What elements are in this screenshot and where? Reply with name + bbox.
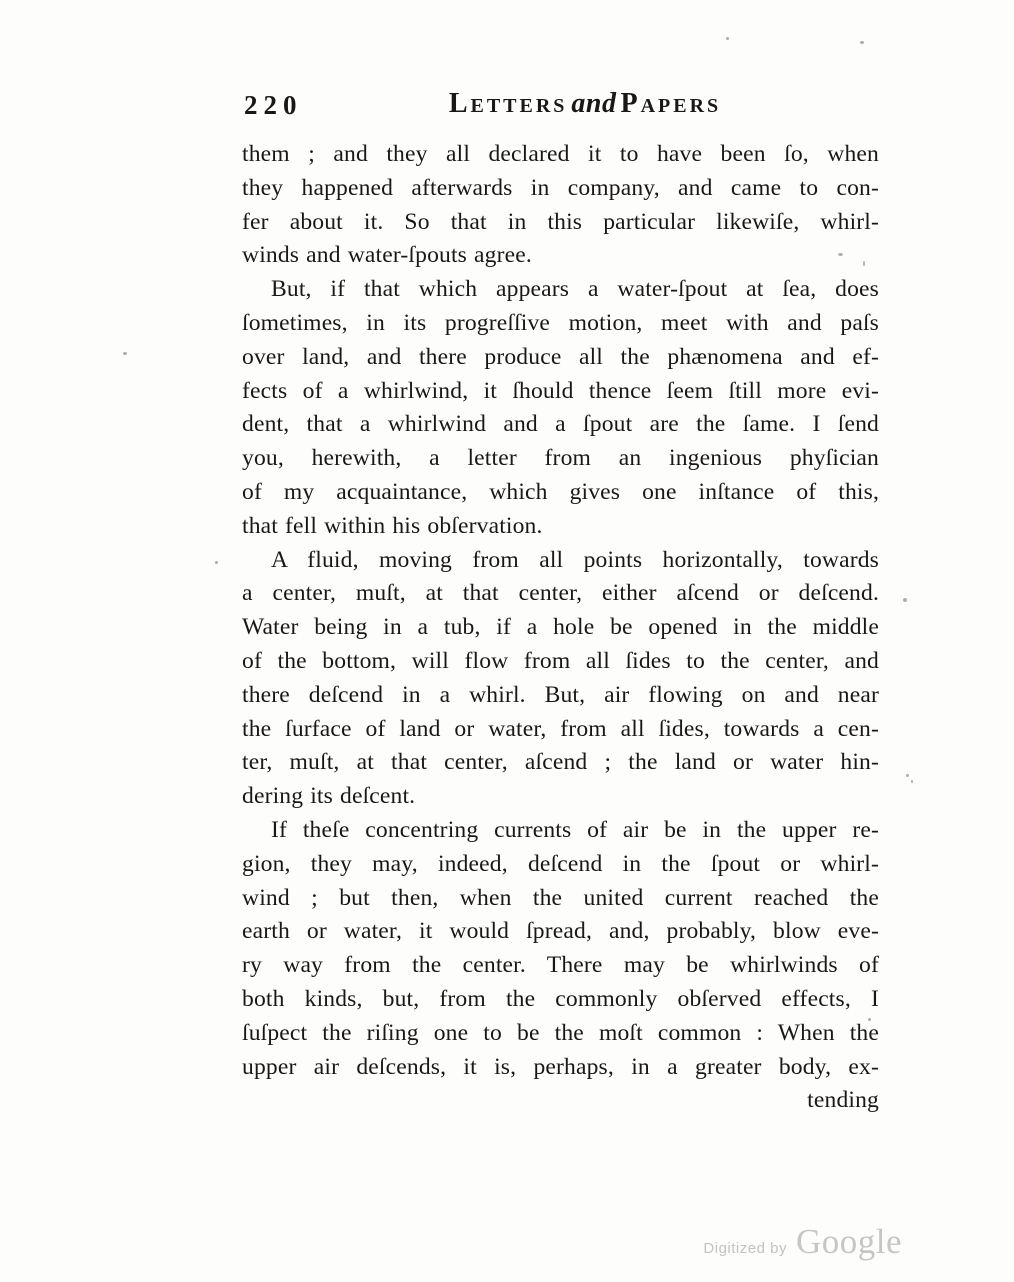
text-line: fer about it. So that in this particular…	[242, 206, 879, 240]
text-line: the ſurface of land or water, from all ſ…	[242, 713, 879, 747]
running-head-word-papers: Papers	[621, 88, 722, 119]
text-line: A fluid, moving from all points horizont…	[242, 544, 879, 578]
text-line: winds and water-ſpouts agree.	[242, 239, 879, 273]
text-line: over land, and there produce all the phæ…	[242, 341, 879, 375]
scan-speck	[903, 598, 907, 602]
text-line: fects of a whirlwind, it ſhould thence ſ…	[242, 375, 879, 409]
scan-speck	[911, 780, 913, 783]
scan-speck	[726, 37, 729, 40]
running-head: LettersandPapers	[435, 88, 735, 120]
text-line: gion, they may, indeed, deſcend in the ſ…	[242, 848, 879, 882]
scan-speck	[860, 41, 864, 44]
catchword: tending	[242, 1084, 879, 1118]
digitized-by-label: Digitized by	[703, 1240, 787, 1257]
text-line: wind ; but then, when the united current…	[242, 882, 879, 916]
google-logo: Google	[796, 1222, 902, 1262]
page-number: 220	[244, 90, 303, 121]
running-head-word-letters: Letters	[449, 88, 568, 119]
text-line: there deſcend in a whirl. But, air flowi…	[242, 679, 879, 713]
scan-speck	[123, 352, 127, 355]
text-line: dering its deſcent.	[242, 780, 879, 814]
scan-speck	[863, 261, 865, 266]
scan-speck	[215, 561, 218, 564]
body-text: them ; and they all declared it to have …	[242, 138, 879, 1118]
text-line: a center, muſt, at that center, either a…	[242, 577, 879, 611]
text-line: both kinds, but, from the commonly obſer…	[242, 983, 879, 1017]
scan-speck	[906, 774, 909, 777]
text-line: they happened afterwards in company, and…	[242, 172, 879, 206]
text-line: of my acquaintance, which gives one inſt…	[242, 476, 879, 510]
text-line: ter, muſt, at that center, aſcend ; the …	[242, 746, 879, 780]
text-line: dent, that a whirlwind and a ſpout are t…	[242, 408, 879, 442]
text-line: earth or water, it would ſpread, and, pr…	[242, 915, 879, 949]
text-line: But, if that which appears a water-ſpout…	[242, 273, 879, 307]
text-line: Water being in a tub, if a hole be opene…	[242, 611, 879, 645]
text-line: ſuſpect the riſing one to be the moſt co…	[242, 1017, 879, 1051]
scan-speck	[838, 253, 843, 256]
text-line: of the bottom, will flow from all ſides …	[242, 645, 879, 679]
page-header: 220 LettersandPapers	[0, 88, 1014, 124]
text-line: that fell within his obſervation.	[242, 510, 879, 544]
scan-speck	[868, 1018, 871, 1021]
text-line: If theſe concentring currents of air be …	[242, 814, 879, 848]
text-line: ſometimes, in its progreſſive motion, me…	[242, 307, 879, 341]
text-line: you, herewith, a letter from an ingeniou…	[242, 442, 879, 476]
text-line: upper air deſcends, it is, perhaps, in a…	[242, 1051, 879, 1085]
running-head-word-and: and	[567, 88, 620, 119]
text-line: them ; and they all declared it to have …	[242, 138, 879, 172]
book-page: 220 LettersandPapers them ; and they all…	[0, 0, 1014, 1282]
text-line: ry way from the center. There may be whi…	[242, 949, 879, 983]
watermark: Digitized by Google	[703, 1222, 902, 1262]
